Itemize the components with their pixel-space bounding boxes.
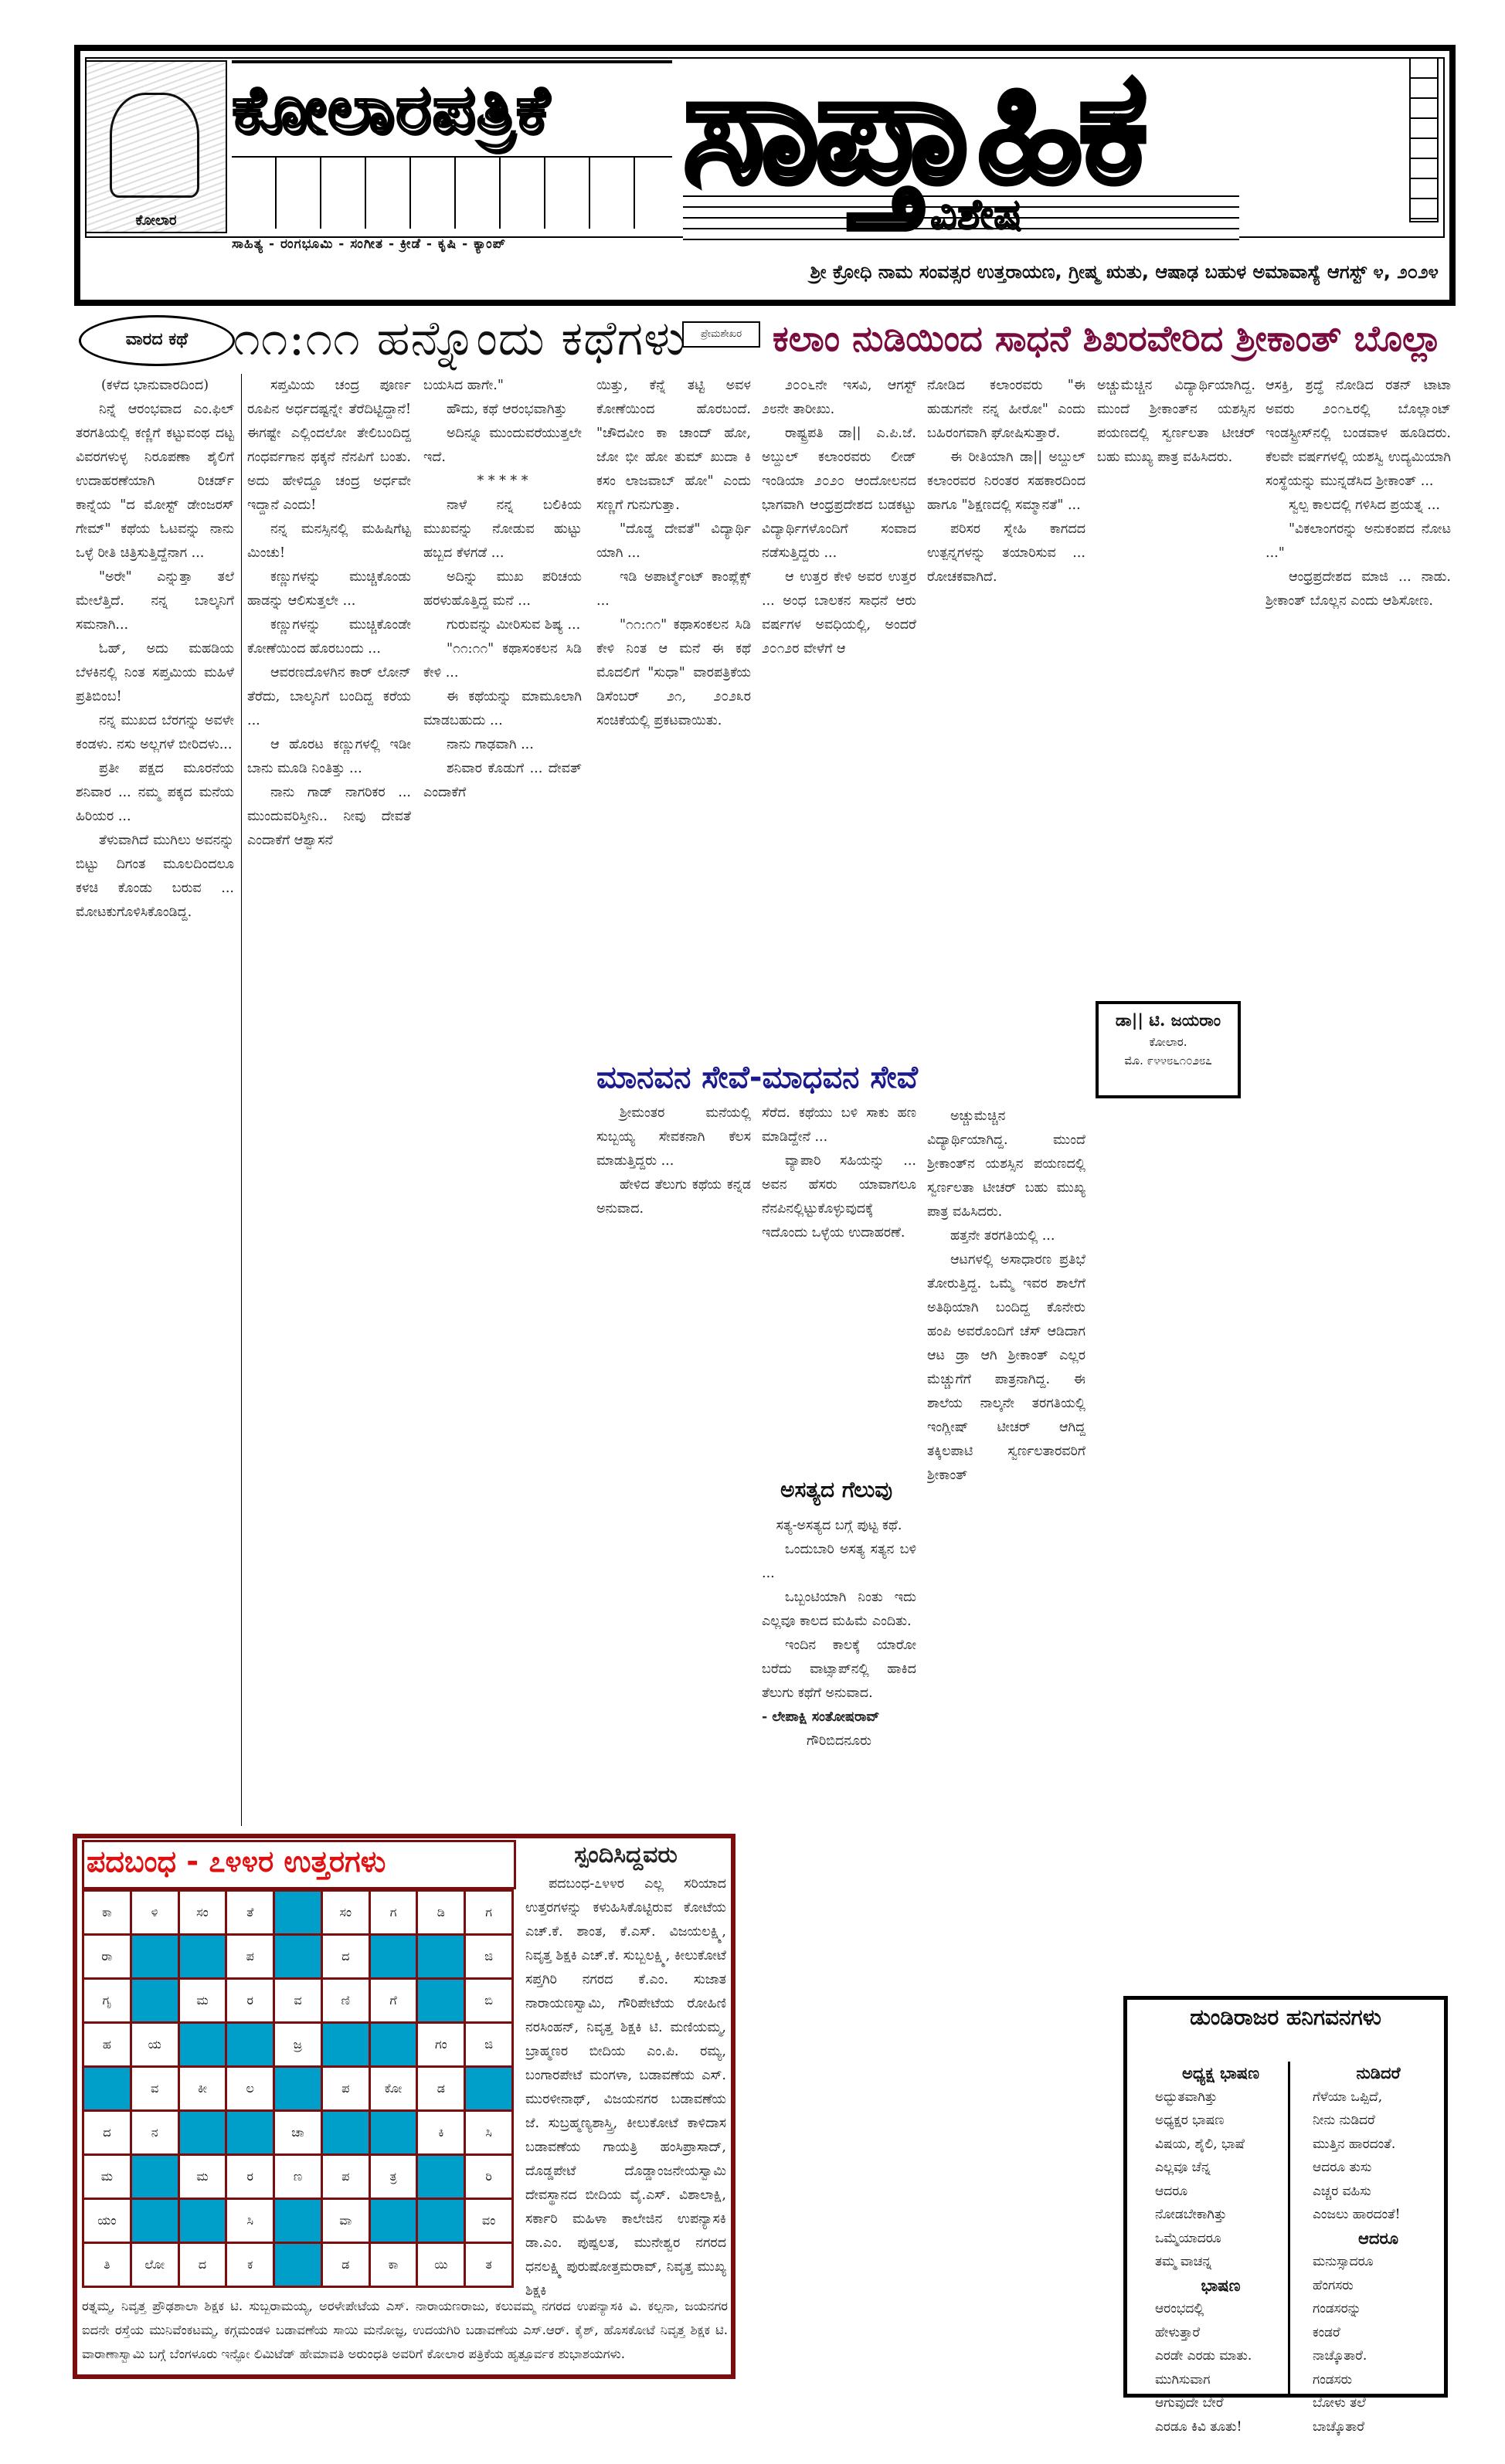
- poem-right-column: ನುಡಿದರೆ ಗೆಳೆಯಾ ಒಪ್ಪಿದೆ,ನೀನು ನುಡಿದರೆಮುತ್ತ…: [1313, 2062, 1444, 2439]
- poem-line: ಮನುಸ್ಸಾದರೂ: [1313, 2250, 1444, 2274]
- poem-line: ನೀನು ನುಡಿದರೆ: [1313, 2109, 1444, 2133]
- paragraph: ನೋಡಿದ ಕಲಾಂರವರು "ಈ ಹುಡುಗನೇ ನನ್ನ ಹೀರೋ" ಎಂದ…: [927, 374, 1085, 446]
- paragraph: ಬಯಸಿದ ಹಾಗೇ.": [423, 374, 582, 398]
- masthead: ಕೋಲಾರ ಕೋಲಾರಪತ್ರಿಕೆ ಸಾಹಿತ್ಯ - ರಂಗಭೂಮಿ - ಸ…: [74, 45, 1456, 306]
- crossword-block-cell: [275, 2068, 323, 2112]
- story-author: ಪ್ರೇಮಶೇಖರ: [682, 321, 760, 348]
- crossword-answer-cell: ತಿ: [84, 2244, 132, 2288]
- crossword-answer-cell: ವ: [275, 1980, 323, 2024]
- crossword-answer-cell: ಡ: [323, 2244, 371, 2288]
- paragraph: "ದೊಡ್ಡ ದೇವತೆ" ವಿದ್ಯಾರ್ಥಿ ಯಾಗಿ ...: [596, 518, 751, 565]
- crossword-block-cell: [371, 2200, 419, 2244]
- poem-line: ಬಾಚ್ಕೊತಾರೆ: [1313, 2415, 1444, 2439]
- crossword-block-cell: [180, 2112, 228, 2156]
- crossword-block-cell: [323, 2112, 371, 2156]
- crossword-block-cell: [180, 2024, 228, 2068]
- poem-line: ಆದರೂ ತುಸು: [1313, 2156, 1444, 2180]
- crossword-answer-cell: ಗೆ: [371, 1980, 419, 2024]
- crossword-answer-cell: ಜಿ: [466, 1936, 514, 1980]
- crossword-answer-cell: ಸಿ: [227, 2200, 275, 2244]
- feature-headline: ಕಲಾಂ ನುಡಿಯಿಂದ ಸಾಧನೆ ಶಿಖರವೇರಿದ ಶ್ರೀಕಾಂತ್ …: [773, 315, 1442, 361]
- paragraph: ೨೦೦೬ನೇ ಇಸವಿ, ಆಗಸ್ಟ್ ೨೮ನೇ ತಾರೀಖು.: [762, 374, 916, 422]
- crossword-answer-cell: ದ: [323, 1936, 371, 1980]
- crossword-answer-cell: ಳಿ: [132, 1892, 180, 1936]
- poem-line: ಎಂಜಲು ಹಾರದಂತೆ!: [1313, 2203, 1444, 2227]
- crossword-block-cell: [132, 1980, 180, 2024]
- poem-line: ಎಚ್ಚರ ವಹಿಸು: [1313, 2180, 1444, 2204]
- story-column-2: ಸಪ್ತಮಿಯ ಚಂದ್ರ ಪೂರ್ಣ ರೂಪಿನ ಅರ್ಧದಷ್ಟನ್ನೇ ತ…: [247, 374, 411, 1826]
- seva-column-1: ಶ್ರೀಮಂತರ ಮನೆಯಲ್ಲಿ ಸುಬ್ಬಯ್ಯ ಸೇವಕನಾಗಿ ಕೆಲಸ…: [596, 1101, 751, 1480]
- crossword-block-cell: [418, 1980, 466, 2024]
- masthead-title-left: ಕೋಲಾರಪತ್ರಿಕೆ: [232, 60, 672, 159]
- poem-line: ಎರಡೇ ಎರಡು ಮಾತು.: [1155, 2344, 1286, 2368]
- poem-line: ಅಧ್ಯಕ್ಷರ ಭಾಷಣ: [1155, 2109, 1286, 2133]
- crossword-block-cell: [371, 1936, 419, 1980]
- paragraph: ಗುರುವನ್ನು ಮೀರಿಸುವ ಶಿಷ್ಯ ...: [423, 613, 582, 637]
- crossword-block-cell: [275, 2200, 323, 2244]
- paragraph: "ಅರೇ" ಎನ್ನುತ್ತಾ ತಲೆ ಮೇಲೆತ್ತಿದೆ. ನನ್ನ ಬಾಲ…: [76, 565, 234, 637]
- poem-line: ಎರಡೂ ಕಿವಿ ತೂತು!: [1155, 2415, 1286, 2439]
- paragraph: ರಾಷ್ಟ್ರಪತಿ ಡಾ|| ಎ.ಪಿ.ಜೆ. ಅಬ್ದುಲ್ ಕಲಾಂರವರ…: [762, 422, 916, 565]
- column-divider: [241, 374, 242, 1826]
- crossword-answer-cell: ಸಂ: [180, 1892, 228, 1936]
- feature-column-4: ಅಚ್ಚುಮೆಚ್ಚಿನ ವಿದ್ಯಾರ್ಥಿಯಾಗಿದ್ದ. ಮುಂದೆ ಶ್…: [1097, 374, 1255, 1980]
- paragraph: ಪರಿಸರ ಸ್ನೇಹಿ ಕಾಗದದ ಉತ್ಪನ್ನಗಳನ್ನು ತಯಾರಿಸು…: [927, 518, 1085, 589]
- dateline: ಶ್ರೀ ಕ್ರೋಧಿ ನಾಮ ಸಂವತ್ಸರ ಉತ್ತರಾಯಣ, ಗ್ರೀಷ್…: [810, 261, 1439, 283]
- paragraph: ಆಟಗಳಲ್ಲಿ ಅಸಾಧಾರಣ ಪ್ರತಿಭೆ ತೋರುತ್ತಿದ್ದ. ಒಮ…: [927, 1248, 1085, 1488]
- story-column-4: ಯಿತ್ತು, ಕೆನ್ನೆ ತಟ್ಟಿ ಅವಳ ಕೋಣೆಯಿಂದ ಹೊರಬಂದ…: [596, 374, 751, 1015]
- poem-line: ಗಂಡಸರನ್ನು: [1313, 2297, 1444, 2321]
- crossword-answer-cell: ಪ: [323, 2156, 371, 2200]
- poem-divider: [1288, 2062, 1290, 2394]
- weekly-story-badge: ವಾರದ ಕಥೆ: [79, 315, 235, 366]
- paragraph: ಸೆರೆದ. ಕಥೆಯು ಬಳಿ ಸಾಕು ಹಣ ಮಾಡಿದ್ದೇನೆ ...: [762, 1101, 916, 1149]
- crossword-answer-cell: ದ: [84, 2112, 132, 2156]
- crossword-answer-cell: ಮ: [84, 2156, 132, 2200]
- paragraph: ಆ ಹೊರಟ ಕಣ್ಣುಗಳಲ್ಲಿ ಇಡೀ ಬಾನು ಮೂಡಿ ನಿಂತಿತ್…: [247, 733, 411, 781]
- crossword-block-cell: [132, 1936, 180, 1980]
- paragraph: ನನ್ನ ಮುಖದ ಬೆರಗನ್ನು ಅವಳೇ ಕಂಡಳು. ನಸು ಅಲ್ಲಗ…: [76, 709, 234, 757]
- crossword-answer-cell: ಕೀ: [180, 2068, 228, 2112]
- paragraph: ಅದಿನ್ನು ಮುಖ ಪರಿಚಯ ಹರಳುಹೊತ್ತಿದ್ದ ಮನೆ ...: [423, 565, 582, 613]
- crossword-answer-cell: ನ: [132, 2112, 180, 2156]
- paragraph: ನಿನ್ನೆ ಆರಂಭವಾದ ಎಂ.ಫಿಲ್ ತರಗತಿಯಲ್ಲಿ ಕಣ್ಣಿಗ…: [76, 398, 234, 565]
- crossword-answer-cell: ಮ: [180, 2156, 228, 2200]
- paragraph: ಓಹ್, ಅದು ಮಹಡಿಯ ಬೆಳಕಿನಲ್ಲಿ ನಿಂತ ಸಪ್ತಮಿಯ ಮ…: [76, 637, 234, 709]
- paragraph: ಹೌದು, ಕಥೆ ಆರಂಭವಾಗಿತ್ತು: [423, 398, 582, 422]
- paragraph: ನಾಳೆ ನನ್ನ ಬಲಿಕಿಯ ಮುಖವನ್ನು ನೋಡುವ ಹುಟ್ಟು ಹ…: [423, 494, 582, 565]
- crossword-answer-cell: ಪ: [323, 2068, 371, 2112]
- poem-lines: ಗೆಳೆಯಾ ಒಪ್ಪಿದೆ,ನೀನು ನುಡಿದರೆಮುತ್ತಿನ ಹಾರದಂ…: [1313, 2086, 1444, 2227]
- paragraph: ಈ ರೀತಿಯಾಗಿ ಡಾ|| ಅಬ್ದುಲ್ ಕಲಾಂರವರ ನಿರಂತರ ಸ…: [927, 446, 1085, 518]
- story-column-3: ಬಯಸಿದ ಹಾಗೇ." ಹೌದು, ಕಥೆ ಆರಂಭವಾಗಿತ್ತು ಅದಿನ…: [423, 374, 582, 1826]
- crossword-answer-cell: ಯಿ: [418, 2244, 466, 2288]
- poem-lines: ಮನುಸ್ಸಾದರೂಹೆಂಗಸರುಗಂಡಸರನ್ನುಕಂಡರೆನಾಚ್ಕೊತಾರ…: [1313, 2250, 1444, 2439]
- crossword-answer-cell: ಮ: [180, 1980, 228, 2024]
- paragraph: ಆಂಧ್ರಪ್ರದೇಶದ ಮಾಜಿ ... ನಾಡು. ಶ್ರೀಕಾಂತ್ ಬೊ…: [1265, 565, 1451, 613]
- crossword-answer-cell: ಲ: [227, 2068, 275, 2112]
- crossword-responders: ಸ್ಪಂದಿಸಿದ್ದವರು ಪದಬಂಧ-೭೪೪ರ ಎಲ್ಲ ಸರಿಯಾದ ಉತ…: [525, 1838, 726, 2303]
- crossword-block-cell: [227, 2024, 275, 2068]
- crossword-answer-cell: ಚಾ: [275, 2112, 323, 2156]
- paragraph: ನಾನು ಗಾಢವಾಗಿ ...: [423, 733, 582, 757]
- crossword-answer-cell: ವಾ: [323, 2200, 371, 2244]
- crossword-answer-cell: ರಾ: [84, 1936, 132, 1980]
- logo-label: ಕೋಲಾರ: [87, 212, 226, 229]
- section-break: * * * * *: [423, 470, 582, 494]
- poem-line: ತಮ್ಮ ವಾಚನ್ನ: [1155, 2250, 1286, 2274]
- paragraph: ಇಂದಿನ ಕಾಲಕ್ಕೆ ಯಾರೋ ಬರೆದು ವಾಟ್ಸಾಪ್‌ನಲ್ಲಿ …: [762, 1634, 916, 1705]
- poem-line: ನಾಚ್ಕೊತಾರೆ.: [1313, 2344, 1444, 2368]
- paragraph: ನನ್ನ ಮನಸ್ಸಿನಲ್ಲಿ ಮಹಿಷಿಗೆಟ್ಟ ಮಿಂಚು!: [247, 518, 411, 565]
- crossword-answer-cell: ಗ: [466, 1892, 514, 1936]
- crossword-answer-cell: ಸಿ: [466, 2112, 514, 2156]
- poem-heading: ಆದರೂ: [1313, 2227, 1444, 2251]
- poem-line: ಕಂಡರೆ: [1313, 2321, 1444, 2345]
- crossword-block-cell: [275, 1892, 323, 1936]
- feature-column-3: ಅಚ್ಚುಮೆಚ್ಚಿನ ವಿದ್ಯಾರ್ಥಿಯಾಗಿದ್ದ. ಮುಂದೆ ಶ್…: [927, 1105, 1085, 2387]
- paragraph: ಅಚ್ಚುಮೆಚ್ಚಿನ ವಿದ್ಯಾರ್ಥಿಯಾಗಿದ್ದ. ಮುಂದೆ ಶ್…: [927, 1105, 1085, 1224]
- arts-illustration-strip: [232, 158, 672, 229]
- poem-left-column: ಅಧ್ಯಕ್ಷ ಭಾಷಣ ಅದ್ಭುತವಾಗಿತ್ತುಅಧ್ಯಕ್ಷರ ಭಾಷಣ…: [1155, 2062, 1286, 2439]
- poem-line: ಗಂಡಸರು: [1313, 2368, 1444, 2392]
- crossword-answer-cell: ವ: [132, 2068, 180, 2112]
- feature-column-5: ಆಸಕ್ತಿ, ಶ್ರದ್ಧೆ ನೋಡಿದ ರತನ್ ಟಾಟಾ ಅವರು ೨೦೧…: [1265, 374, 1451, 1988]
- crossword-answer-cell: ದ: [180, 2244, 228, 2288]
- crossword-answer-cell: ರ: [227, 2156, 275, 2200]
- crossword-answer-cell: ಕಿ: [418, 2112, 466, 2156]
- crossword-block-cell: [275, 2244, 323, 2288]
- crossword-answer-cell: ಲೋ: [132, 2244, 180, 2288]
- masthead-title-sub: ವಿಶೇಷ: [930, 190, 1022, 239]
- seva-column-2: ಸೆರೆದ. ಕಥೆಯು ಬಳಿ ಸಾಕು ಹಣ ಮಾಡಿದ್ದೇನೆ ... …: [762, 1101, 916, 1472]
- paragraph: "೧೧:೧೧" ಕಥಾಸಂಕಲನ ಸಿಡಿ ಕೇಳಿ ನಿಂತ ಆ ಮನೆ ಈ …: [596, 613, 751, 733]
- crossword-answer-cell: ಯ: [132, 2024, 180, 2068]
- asatya-author: - ಲೇಪಾಕ್ಷಿ ಸಂತೋಷರಾವ್: [762, 1705, 916, 1729]
- crossword-title: ಪದಬಂಧ - ೭೪೪ರ ಉತ್ತರಗಳು: [87, 1840, 386, 1883]
- poem-heading: ನುಡಿದರೆ: [1313, 2062, 1444, 2086]
- poem-line: ಹೇಳುತ್ತಾರೆ: [1155, 2321, 1286, 2345]
- poem-line: ಎಲ್ಲವೂ ಚೆನ್ನ: [1155, 2156, 1286, 2180]
- crossword-block-cell: [84, 2068, 132, 2112]
- asatya-headline: ಅಸತ್ಯದ ಗೆಲುವು: [780, 1477, 892, 1503]
- crossword-answer-cell: ಯಂ: [84, 2200, 132, 2244]
- poem-line: ಗೆಳೆಯಾ ಒಪ್ಪಿದೆ,: [1313, 2086, 1444, 2109]
- paragraph: ಶನಿವಾರ ಕೊಡುಗೆ ... ದೇವತ್ ಎಂದಾಕೆಗೆ: [423, 757, 582, 805]
- poem-box-title: ಡುಂಡಿರಾಜರ ಹನಿಗವನಗಳು: [1127, 2004, 1444, 2031]
- paragraph: ವ್ಯಾಪಾರಿ ಸಹಿಯನ್ನು ... ಅವನ ಹೆಸರು ಯಾವಾಗಲೂ …: [762, 1149, 916, 1245]
- crossword-block-cell: [418, 2200, 466, 2244]
- responders-text: ಪದಬಂಧ-೭೪೪ರ ಎಲ್ಲ ಸರಿಯಾದ ಉತ್ತರಗಳನ್ನು ಕಳುಹಿ…: [525, 1872, 726, 2303]
- crossword-block-cell: [371, 2024, 419, 2068]
- poem-line: ಹೆಂಗಸರು: [1313, 2274, 1444, 2298]
- crossword-block-cell: [371, 2112, 419, 2156]
- paragraph: ಸತ್ಯ-ಅಸತ್ಯದ ಬಗ್ಗೆ ಪುಟ್ಟ ಕಥೆ.: [762, 1514, 916, 1538]
- crossword-block-cell: [180, 2200, 228, 2244]
- crossword-answer-cell: ವಂ: [466, 2200, 514, 2244]
- crossword-answer-cell: ಗಂ: [418, 2024, 466, 2068]
- poem-line: ಮುತ್ತಿನ ಹಾರದಂತೆ.: [1313, 2133, 1444, 2157]
- poem-line: ನೋಡಬೇಕಾಗಿತ್ತು: [1155, 2203, 1286, 2227]
- poem-lines: ಆರಂಭದಲ್ಲಿಹೇಳುತ್ತಾರೆಎರಡೇ ಎರಡು ಮಾತು.ಮುಗಿಸು…: [1155, 2297, 1286, 2439]
- paragraph: ಆಸಕ್ತಿ, ಶ್ರದ್ಧೆ ನೋಡಿದ ರತನ್ ಟಾಟಾ ಅವರು ೨೦೧…: [1265, 374, 1451, 494]
- paragraph: ಯಿತ್ತು, ಕೆನ್ನೆ ತಟ್ಟಿ ಅವಳ ಕೋಣೆಯಿಂದ ಹೊರಬಂದ…: [596, 374, 751, 518]
- crossword-answer-cell: ತ್ರ: [371, 2156, 419, 2200]
- poem-line: ಆರಂಭದಲ್ಲಿ: [1155, 2297, 1286, 2321]
- paragraph: ಸ್ವಲ್ಪ ಕಾಲದಲ್ಲಿ ಗಳಿಸಿದ ಪ್ರಯತ್ನ ...: [1265, 494, 1451, 518]
- crossword-answer-cell: ತ: [466, 2244, 514, 2288]
- crossword-answer-cell: ಡ: [418, 2068, 466, 2112]
- poem-heading: ಭಾಷಣ: [1155, 2274, 1286, 2298]
- elephant-figure: [110, 93, 199, 198]
- asatya-column: ಸತ್ಯ-ಅಸತ್ಯದ ಬಗ್ಗೆ ಪುಟ್ಟ ಕಥೆ. ಒಂದುಬಾರಿ ಅಸ…: [762, 1514, 916, 2379]
- paragraph: "ವಿಕಲಾಂಗರನ್ನು ಅನುಕಂಪದ ನೋಟ ...": [1265, 518, 1451, 565]
- crossword-responders-continued: ರತ್ನಮ್ಮ, ನಿವೃತ್ತ ಪ್ರೌಢಶಾಲಾ ಶಿಕ್ಷಕ ಟಿ. ಸು…: [82, 2294, 728, 2366]
- poem-box: ಡುಂಡಿರಾಜರ ಹನಿಗವನಗಳು ಅಧ್ಯಕ್ಷ ಭಾಷಣ ಅದ್ಭುತವ…: [1123, 1996, 1448, 2398]
- responders-title: ಸ್ಪಂದಿಸಿದ್ದವರು: [525, 1838, 726, 1872]
- poem-lines: ಅದ್ಭುತವಾಗಿತ್ತುಅಧ್ಯಕ್ಷರ ಭಾಷಣವಿಷಯ, ಶೈಲಿ, ಭ…: [1155, 2086, 1286, 2274]
- crossword-answer-cell: ಣಿ: [323, 1980, 371, 2024]
- crossword-answer-cell: ಡಿ: [418, 1892, 466, 1936]
- crossword-block-cell: [418, 2156, 466, 2200]
- poem-line: ಮುಗಿಸುವಾಗ: [1155, 2368, 1286, 2392]
- paragraph: ಒಬ್ಬಂಟಿಯಾಗಿ ನಿಂತು ಇದು ಎಲ್ಲವೂ ಕಾಲದ ಮಹಿಮೆ …: [762, 1586, 916, 1634]
- paragraph: ಅದಿನ್ನೂ ಮುಂದುವರೆಯುತ್ತಲೇ ಇದೆ.: [423, 422, 582, 470]
- paragraph: ಕಣ್ಣುಗಳನ್ನು ಮುಚ್ಚಿಕೊಂಡೇ ಕೋಣೆಯಿಂದ ಹೊರಬಂದು…: [247, 613, 411, 661]
- crossword-block-cell: [418, 1936, 466, 1980]
- paragraph: ನಾನು ಗಾಡ್ ನಾಗರಿಕರ ... ಮುಂದುವರಿಸ್ತೀನಿ.. ನ…: [247, 781, 411, 853]
- crossword-answer-cell: ಣ: [275, 2156, 323, 2200]
- crossword-answer-cell: ರ: [227, 1980, 275, 2024]
- paragraph: ತೆಳುವಾಗಿದೆ ಮುಗಿಲು ಅವನನ್ನು ಬಿಟ್ಟು ದಿಗಂತ ಮ…: [76, 829, 234, 925]
- paragraph: ಇಡಿ ಅಪಾರ್ಟ್ಮೆಂಟ್ ಕಾಂಪ್ಲೆಕ್ಸ್ ...: [596, 565, 751, 613]
- crossword-block-cell: [227, 2112, 275, 2156]
- paragraph: (ಕಳೆದ ಭಾನುವಾರದಿಂದ): [76, 374, 234, 398]
- poem-line: ಬೋಳು ತಲೆ: [1313, 2391, 1444, 2415]
- poem-line: ಒಮ್ಮೆಯಾದರೂ: [1155, 2227, 1286, 2251]
- crossword-answer-cell: ಕಾ: [84, 1892, 132, 1936]
- crossword-block-cell: [132, 2200, 180, 2244]
- crossword-answer-cell: ಕೋ: [371, 2068, 419, 2112]
- crossword-answer-cell: ಕ: [227, 2244, 275, 2288]
- crossword-answer-cell: ಬಿ: [466, 1980, 514, 2024]
- feature-column-2: ನೋಡಿದ ಕಲಾಂರವರು "ಈ ಹುಡುಗನೇ ನನ್ನ ಹೀರೋ" ಎಂದ…: [927, 374, 1085, 992]
- story-column-1: (ಕಳೆದ ಭಾನುವಾರದಿಂದ) ನಿನ್ನೆ ಆರಂಭವಾದ ಎಂ.ಫಿಲ…: [76, 374, 234, 1826]
- poem-heading: ಅಧ್ಯಕ್ಷ ಭಾಷಣ: [1155, 2062, 1286, 2086]
- crossword-answer-cell: ಜ್ರ: [275, 2024, 323, 2068]
- crossword-answer-cell: ಪ: [227, 1936, 275, 1980]
- crossword-answer-cell: ಹ: [84, 2024, 132, 2068]
- poem-line: ಆದರೂ: [1155, 2180, 1286, 2204]
- poem-line: ಆಗುವುದೇ ಬೇರೆ: [1155, 2391, 1286, 2415]
- crossword-answer-cell: ಕಾ: [371, 2244, 419, 2288]
- crossword-answer-cell: ರಿ: [466, 2156, 514, 2200]
- crossword-answer-cell: ಜಿ: [466, 2024, 514, 2068]
- paragraph: ಆ ಉತ್ತರ ಕೇಳಿ ಅವರ ಉತ್ತರ ... ಅಂಧ ಬಾಲಕನ ಸಾಧ…: [762, 565, 916, 661]
- crossword-answer-cell: ಗ: [371, 1892, 419, 1936]
- crossword-block-cell: [466, 2068, 514, 2112]
- crossword-block-cell: [180, 1936, 228, 1980]
- crossword-grid: ಕಾಳಿಸಂತೆಸಂಗಡಿಗರಾಪದಜಿಗೃಮರವಣಿಗೆಬಿಹಯಜ್ರಗಂಜಿ…: [82, 1889, 514, 2288]
- paragraph: ಅಚ್ಚುಮೆಚ್ಚಿನ ವಿದ್ಯಾರ್ಥಿಯಾಗಿದ್ದ. ಮುಂದೆ ಶ್…: [1097, 374, 1255, 470]
- feature-column-1: ೨೦೦೬ನೇ ಇಸವಿ, ಆಗಸ್ಟ್ ೨೮ನೇ ತಾರೀಖು. ರಾಷ್ಟ್ರ…: [762, 374, 916, 1069]
- decorative-border-icon: [1409, 57, 1439, 222]
- crossword-answer-cell: ಗೃ: [84, 1980, 132, 2024]
- masthead-tagline: ಸಾಹಿತ್ಯ - ರಂಗಭೂಮಿ - ಸಂಗೀತ - ಕ್ರೀಡೆ - ಕೃಷ…: [232, 236, 672, 252]
- asatya-author-place: ಗೌರಿಬಿದನೂರು: [762, 1729, 916, 1753]
- paragraph: ಶ್ರೀಮಂತರ ಮನೆಯಲ್ಲಿ ಸುಬ್ಬಯ್ಯ ಸೇವಕನಾಗಿ ಕೆಲಸ…: [596, 1101, 751, 1173]
- crossword-answer-cell: ತೆ: [227, 1892, 275, 1936]
- elephant-logo-icon: ಕೋಲಾರ: [85, 60, 227, 233]
- paragraph: ಪ್ರತೀ ಪಕ್ಷದ ಮೂರನೆಯ ಶನಿವಾರ ... ನಮ್ಮ ಪಕ್ಕದ…: [76, 757, 234, 829]
- crossword-block-cell: [275, 1936, 323, 1980]
- paragraph: ಹತ್ತನೇ ತರಗತಿಯಲ್ಲಿ ...: [927, 1224, 1085, 1248]
- paragraph: ಒಂದುಬಾರಿ ಅಸತ್ಯ ಸತ್ಯನ ಬಳಿ ...: [762, 1538, 916, 1586]
- crossword-answer-cell: ಸಂ: [323, 1892, 371, 1936]
- paragraph: ಈ ಕಥೆಯನ್ನು ಮಾಮೂಲಾಗಿ ಮಾಡಬಹುದು ...: [423, 685, 582, 733]
- story-headline: ೧೧:೧೧ ಹನ್ನೊಂದು ಕಥೆಗಳು: [233, 311, 686, 366]
- crossword-block-cell: [323, 2024, 371, 2068]
- paragraph: "೧೧:೧೧" ಕಥಾಸಂಕಲನ ಸಿಡಿ ಕೇಳಿ ...: [423, 637, 582, 685]
- paragraph: ಆವರಣದೊಳಗಿನ ಕಾರ್ ಲೋನ್ ತೆರೆದು, ಬಾಲ್ಕನಿಗೆ ಬ…: [247, 661, 411, 733]
- crossword-block-cell: [132, 2156, 180, 2200]
- poem-line: ವಿಷಯ, ಶೈಲಿ, ಭಾಷೆ: [1155, 2133, 1286, 2157]
- poem-line: ಅದ್ಭುತವಾಗಿತ್ತು: [1155, 2086, 1286, 2109]
- paragraph: ಸಪ್ತಮಿಯ ಚಂದ್ರ ಪೂರ್ಣ ರೂಪಿನ ಅರ್ಧದಷ್ಟನ್ನೇ ತ…: [247, 374, 411, 518]
- paragraph: ಹೇಳಿದ ತೆಲುಗು ಕಥೆಯ ಕನ್ನಡ ಅನುವಾದ.: [596, 1173, 751, 1221]
- paragraph: ಕಣ್ಣುಗಳನ್ನು ಮುಚ್ಚಿಕೊಂಡು ಹಾಡನ್ನು ಆಲಿಸುತ್ತ…: [247, 565, 411, 613]
